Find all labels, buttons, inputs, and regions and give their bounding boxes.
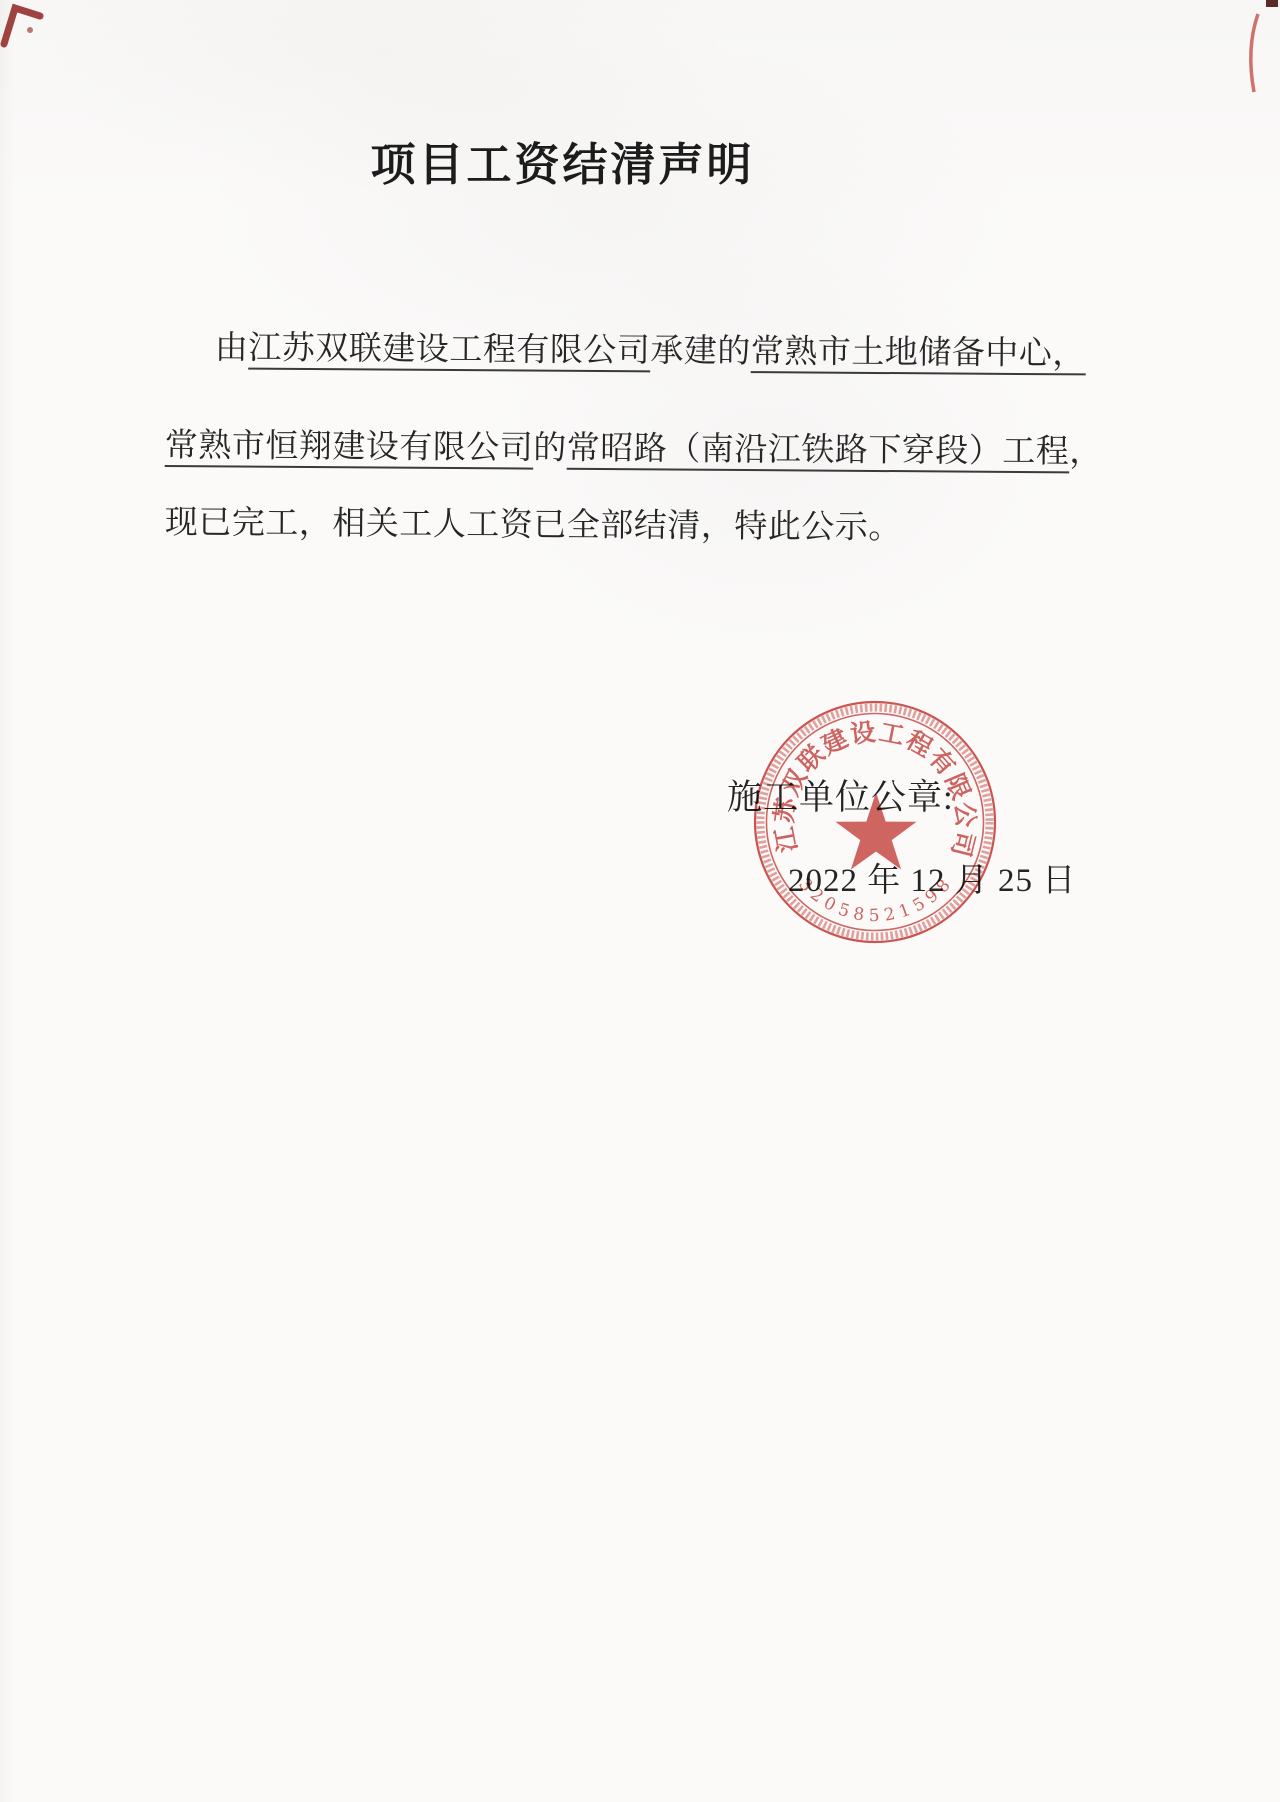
line1-lead-text: 由: [215, 330, 249, 366]
line2-end-text: ，: [1069, 434, 1103, 470]
document-title: 项目工资结清声明: [0, 128, 1125, 193]
document-title-text: 项目工资结清声明: [370, 140, 754, 190]
star-icon: [835, 792, 916, 869]
ink-mark-top-left: [0, 0, 60, 60]
paragraph-line-2: 常熟市恒翔建设有限公司的常昭路（南沿江铁路下穿段）工程，: [165, 424, 1125, 475]
line2-mid-text: 的: [533, 431, 567, 467]
line1-mid-text: 承建的: [650, 333, 751, 370]
company-seal: 江苏双联建设工程有限公司 320585215981: [745, 692, 1005, 952]
paragraph-line-1: 由江苏双联建设工程有限公司承建的常熟市土地储备中心，: [165, 326, 1125, 377]
document-page: 项目工资结清声明 由江苏双联建设工程有限公司承建的常熟市土地储备中心， 常熟市恒…: [0, 0, 1280, 1802]
paragraph-line-3: 现已完工，相关工人工资已全部结清，特此公示。: [165, 501, 1125, 552]
owner-company-1-underline: 常熟市土地储备中心，: [751, 334, 1086, 372]
builder-company-underline: 江苏双联建设工程有限公司: [248, 331, 650, 370]
owner-company-2-underline: 常熟市恒翔建设有限公司: [165, 428, 534, 467]
project-name-underline: 常昭路（南沿江铁路下穿段）工程: [567, 431, 1070, 471]
ink-mark-top-right: [1232, 0, 1280, 100]
